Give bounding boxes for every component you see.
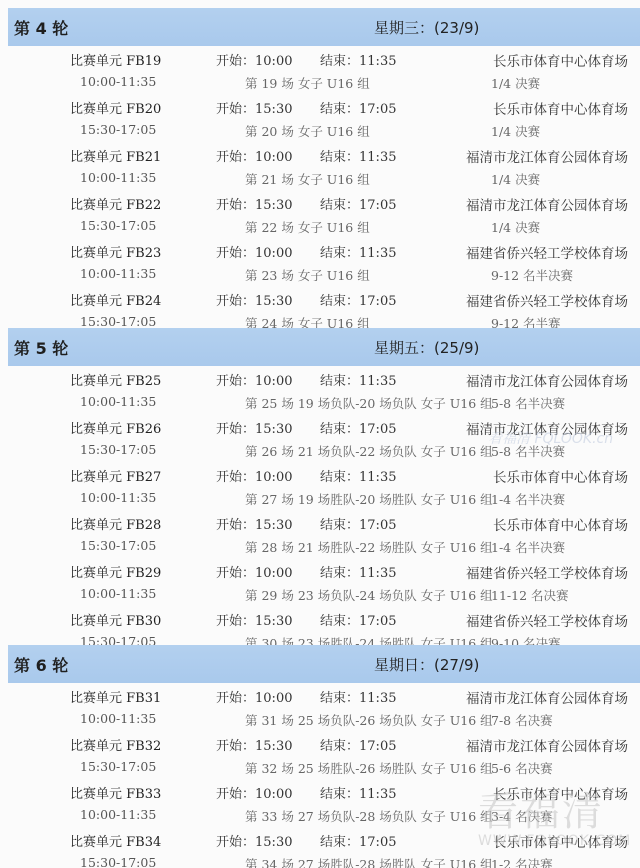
match-end: 结束：17:05 — [320, 418, 396, 437]
round-name: 第 4 轮 — [14, 16, 68, 39]
match-start: 开始：10:00 — [216, 50, 292, 69]
match-time-range: 10:00-11:35 — [80, 74, 156, 89]
round-name: 第 6 轮 — [14, 653, 68, 676]
match-unit: 比赛单元 FB26 — [70, 418, 161, 437]
match-stage: 5-8 名半决赛 — [491, 394, 565, 412]
start-label: 开始： — [216, 614, 255, 629]
match-venue: 长乐市体育中心体育场 — [493, 466, 628, 486]
end-label: 结束： — [320, 374, 359, 389]
match-end: 结束：11:35 — [320, 370, 396, 389]
start-time: 10:00 — [255, 566, 292, 581]
end-label: 结束： — [320, 150, 359, 165]
start-time: 15:30 — [255, 102, 292, 117]
end-label: 结束： — [320, 246, 359, 261]
match-stage: 1/4 决赛 — [491, 218, 540, 236]
match-venue: 福清市龙江体育公园体育场 — [466, 370, 628, 390]
end-label: 结束： — [320, 102, 359, 117]
match-unit: 比赛单元 FB27 — [70, 466, 161, 485]
match-row: 比赛单元 FB24 15:30-17:05 开始：15:30 结束：17:05 … — [0, 286, 640, 334]
match-end: 结束：17:05 — [320, 194, 396, 213]
match-detail: 第 32 场 25 场胜队-26 场胜队 女子 U16 组 — [245, 759, 493, 777]
end-time: 17:05 — [359, 198, 396, 213]
match-unit: 比赛单元 FB21 — [70, 146, 161, 165]
round-header: 第 5 轮 星期五：(25/9) — [8, 328, 640, 366]
match-time-range: 15:30-17:05 — [80, 122, 156, 137]
match-time-range: 10:00-11:35 — [80, 807, 156, 822]
match-stage: 1/4 决赛 — [491, 122, 540, 140]
match-time-range: 10:00-11:35 — [80, 170, 156, 185]
match-end: 结束：11:35 — [320, 466, 396, 485]
watermark-text: 看福清 — [478, 789, 604, 835]
match-venue: 福建省侨兴轻工学校体育场 — [466, 610, 628, 630]
match-stage: 1/4 决赛 — [491, 74, 540, 92]
match-start: 开始：15:30 — [216, 98, 292, 117]
end-time: 17:05 — [359, 739, 396, 754]
match-time-range: 10:00-11:35 — [80, 586, 156, 601]
end-time: 17:05 — [359, 835, 396, 850]
match-end: 结束：17:05 — [320, 290, 396, 309]
round-date: 星期三：(23/9) — [374, 17, 479, 38]
end-label: 结束： — [320, 422, 359, 437]
match-unit: 比赛单元 FB19 — [70, 50, 161, 69]
start-label: 开始： — [216, 294, 255, 309]
round-section: 第 4 轮 星期三：(23/9) 比赛单元 FB19 10:00-11:35 开… — [0, 8, 640, 334]
start-time: 15:30 — [255, 739, 292, 754]
match-start: 开始：10:00 — [216, 466, 292, 485]
start-label: 开始： — [216, 54, 255, 69]
match-row: 比赛单元 FB28 15:30-17:05 开始：15:30 结束：17:05 … — [0, 510, 640, 558]
end-label: 结束： — [320, 787, 359, 802]
match-venue: 长乐市体育中心体育场 — [493, 514, 628, 534]
match-venue: 福清市龙江体育公园体育场 — [466, 146, 628, 166]
end-time: 11:35 — [359, 787, 396, 802]
match-unit: 比赛单元 FB25 — [70, 370, 161, 389]
match-row: 比赛单元 FB19 10:00-11:35 开始：10:00 结束：11:35 … — [0, 46, 640, 94]
match-start: 开始：10:00 — [216, 783, 292, 802]
end-label: 结束： — [320, 566, 359, 581]
start-label: 开始： — [216, 835, 255, 850]
start-label: 开始： — [216, 246, 255, 261]
end-label: 结束： — [320, 294, 359, 309]
match-unit: 比赛单元 FB24 — [70, 290, 161, 309]
match-time-range: 15:30-17:05 — [80, 218, 156, 233]
start-label: 开始： — [216, 150, 255, 165]
end-label: 结束： — [320, 470, 359, 485]
match-unit: 比赛单元 FB34 — [70, 831, 161, 850]
round-name: 第 5 轮 — [14, 336, 68, 359]
start-time: 15:30 — [255, 614, 292, 629]
match-detail: 第 28 场 21 场胜队-22 场胜队 女子 U16 组 — [245, 538, 493, 556]
match-start: 开始：15:30 — [216, 418, 292, 437]
start-time: 10:00 — [255, 470, 292, 485]
match-stage: 7-8 名决赛 — [491, 711, 553, 729]
match-venue: 福清市龙江体育公园体育场 — [466, 194, 628, 214]
match-detail: 第 34 场 27 场胜队-28 场胜队 女子 U16 组 — [245, 855, 493, 868]
match-unit: 比赛单元 FB23 — [70, 242, 161, 261]
match-row: 比赛单元 FB23 10:00-11:35 开始：10:00 结束：11:35 … — [0, 238, 640, 286]
start-label: 开始： — [216, 566, 255, 581]
end-time: 17:05 — [359, 614, 396, 629]
match-row: 比赛单元 FB31 10:00-11:35 开始：10:00 结束：11:35 … — [0, 683, 640, 731]
match-start: 开始：10:00 — [216, 687, 292, 706]
round-section: 第 5 轮 星期五：(25/9) 比赛单元 FB25 10:00-11:35 开… — [0, 328, 640, 654]
match-end: 结束：11:35 — [320, 783, 396, 802]
match-unit: 比赛单元 FB20 — [70, 98, 161, 117]
end-label: 结束： — [320, 739, 359, 754]
match-end: 结束：11:35 — [320, 687, 396, 706]
end-label: 结束： — [320, 54, 359, 69]
match-detail: 第 25 场 19 场负队-20 场负队 女子 U16 组 — [245, 394, 493, 412]
match-stage: 9-12 名半决赛 — [491, 266, 573, 284]
match-row: 比赛单元 FB20 15:30-17:05 开始：15:30 结束：17:05 … — [0, 94, 640, 142]
start-label: 开始： — [216, 691, 255, 706]
match-unit: 比赛单元 FB28 — [70, 514, 161, 533]
start-time: 10:00 — [255, 787, 292, 802]
match-start: 开始：10:00 — [216, 370, 292, 389]
match-time-range: 15:30-17:05 — [80, 442, 156, 457]
start-label: 开始： — [216, 470, 255, 485]
match-start: 开始：15:30 — [216, 610, 292, 629]
match-time-range: 15:30-17:05 — [80, 314, 156, 329]
match-time-range: 10:00-11:35 — [80, 711, 156, 726]
match-end: 结束：11:35 — [320, 146, 396, 165]
end-time: 17:05 — [359, 294, 396, 309]
start-label: 开始： — [216, 739, 255, 754]
start-label: 开始： — [216, 422, 255, 437]
match-start: 开始：15:30 — [216, 290, 292, 309]
end-label: 结束： — [320, 614, 359, 629]
round-header: 第 4 轮 星期三：(23/9) — [8, 8, 640, 46]
match-end: 结束：17:05 — [320, 831, 396, 850]
match-detail: 第 27 场 19 场胜队-20 场胜队 女子 U16 组 — [245, 490, 493, 508]
match-start: 开始：10:00 — [216, 242, 292, 261]
end-time: 17:05 — [359, 422, 396, 437]
watermark-url: WWW.FQLOOK.COM — [478, 833, 628, 849]
end-time: 11:35 — [359, 566, 396, 581]
match-detail: 第 21 场 女子 U16 组 — [245, 170, 370, 188]
match-stage: 1-4 名半决赛 — [491, 490, 565, 508]
match-unit: 比赛单元 FB29 — [70, 562, 161, 581]
match-end: 结束：17:05 — [320, 514, 396, 533]
round-date: 星期五：(25/9) — [374, 337, 479, 358]
match-row: 比赛单元 FB22 15:30-17:05 开始：15:30 结束：17:05 … — [0, 190, 640, 238]
end-time: 11:35 — [359, 470, 396, 485]
match-venue: 长乐市体育中心体育场 — [493, 98, 628, 118]
start-time: 10:00 — [255, 374, 292, 389]
end-label: 结束： — [320, 198, 359, 213]
match-start: 开始：10:00 — [216, 562, 292, 581]
match-detail: 第 22 场 女子 U16 组 — [245, 218, 370, 236]
match-time-range: 10:00-11:35 — [80, 394, 156, 409]
round-header: 第 6 轮 星期日：(27/9) — [8, 645, 640, 683]
match-time-range: 10:00-11:35 — [80, 490, 156, 505]
match-stage: 11-12 名决赛 — [491, 586, 569, 604]
match-stage: 5-6 名决赛 — [491, 759, 553, 777]
match-start: 开始：15:30 — [216, 514, 292, 533]
match-venue: 福清市龙江体育公园体育场 — [466, 735, 628, 755]
start-time: 15:30 — [255, 518, 292, 533]
start-label: 开始： — [216, 518, 255, 533]
match-time-range: 15:30-17:05 — [80, 855, 156, 868]
match-detail: 第 33 场 27 场负队-28 场负队 女子 U16 组 — [245, 807, 493, 825]
start-time: 10:00 — [255, 150, 292, 165]
match-row: 比赛单元 FB27 10:00-11:35 开始：10:00 结束：11:35 … — [0, 462, 640, 510]
start-label: 开始： — [216, 102, 255, 117]
match-stage: 1-2 名决赛 — [491, 855, 553, 868]
end-time: 11:35 — [359, 54, 396, 69]
start-label: 开始： — [216, 198, 255, 213]
match-detail: 第 19 场 女子 U16 组 — [245, 74, 370, 92]
start-time: 15:30 — [255, 835, 292, 850]
match-time-range: 15:30-17:05 — [80, 759, 156, 774]
watermark-small: 看福清 FQLOOK.cn — [488, 428, 613, 448]
end-label: 结束： — [320, 835, 359, 850]
match-start: 开始：15:30 — [216, 735, 292, 754]
match-start: 开始：15:30 — [216, 831, 292, 850]
match-start: 开始：10:00 — [216, 146, 292, 165]
match-time-range: 15:30-17:05 — [80, 538, 156, 553]
match-unit: 比赛单元 FB32 — [70, 735, 161, 754]
round-date: 星期日：(27/9) — [374, 654, 479, 675]
match-end: 结束：11:35 — [320, 242, 396, 261]
start-time: 15:30 — [255, 294, 292, 309]
start-label: 开始： — [216, 374, 255, 389]
start-time: 10:00 — [255, 246, 292, 261]
start-time: 10:00 — [255, 54, 292, 69]
match-venue: 福建省侨兴轻工学校体育场 — [466, 242, 628, 262]
start-time: 15:30 — [255, 198, 292, 213]
match-venue: 福建省侨兴轻工学校体育场 — [466, 290, 628, 310]
match-venue: 福建省侨兴轻工学校体育场 — [466, 562, 628, 582]
match-venue: 福清市龙江体育公园体育场 — [466, 687, 628, 707]
start-label: 开始： — [216, 787, 255, 802]
watermark: 看福清 WWW.FQLOOK.COM — [478, 780, 628, 850]
match-end: 结束：17:05 — [320, 98, 396, 117]
match-unit: 比赛单元 FB22 — [70, 194, 161, 213]
match-stage: 1-4 名半决赛 — [491, 538, 565, 556]
match-detail: 第 26 场 21 场负队-22 场负队 女子 U16 组 — [245, 442, 493, 460]
match-end: 结束：17:05 — [320, 735, 396, 754]
match-row: 比赛单元 FB21 10:00-11:35 开始：10:00 结束：11:35 … — [0, 142, 640, 190]
match-detail: 第 23 场 女子 U16 组 — [245, 266, 370, 284]
match-unit: 比赛单元 FB33 — [70, 783, 161, 802]
match-venue: 长乐市体育中心体育场 — [493, 50, 628, 70]
match-detail: 第 31 场 25 场负队-26 场负队 女子 U16 组 — [245, 711, 493, 729]
match-end: 结束：17:05 — [320, 610, 396, 629]
match-row: 比赛单元 FB29 10:00-11:35 开始：10:00 结束：11:35 … — [0, 558, 640, 606]
end-time: 11:35 — [359, 691, 396, 706]
match-end: 结束：11:35 — [320, 562, 396, 581]
end-label: 结束： — [320, 518, 359, 533]
match-time-range: 10:00-11:35 — [80, 266, 156, 281]
match-start: 开始：15:30 — [216, 194, 292, 213]
match-detail: 第 29 场 23 场负队-24 场负队 女子 U16 组 — [245, 586, 493, 604]
start-time: 10:00 — [255, 691, 292, 706]
end-time: 17:05 — [359, 102, 396, 117]
match-unit: 比赛单元 FB31 — [70, 687, 161, 706]
match-detail: 第 20 场 女子 U16 组 — [245, 122, 370, 140]
end-time: 11:35 — [359, 246, 396, 261]
match-row: 比赛单元 FB32 15:30-17:05 开始：15:30 结束：17:05 … — [0, 731, 640, 779]
end-label: 结束： — [320, 691, 359, 706]
end-time: 17:05 — [359, 518, 396, 533]
match-stage: 1/4 决赛 — [491, 170, 540, 188]
start-time: 15:30 — [255, 422, 292, 437]
match-row: 比赛单元 FB25 10:00-11:35 开始：10:00 结束：11:35 … — [0, 366, 640, 414]
match-unit: 比赛单元 FB30 — [70, 610, 161, 629]
end-time: 11:35 — [359, 150, 396, 165]
end-time: 11:35 — [359, 374, 396, 389]
match-end: 结束：11:35 — [320, 50, 396, 69]
